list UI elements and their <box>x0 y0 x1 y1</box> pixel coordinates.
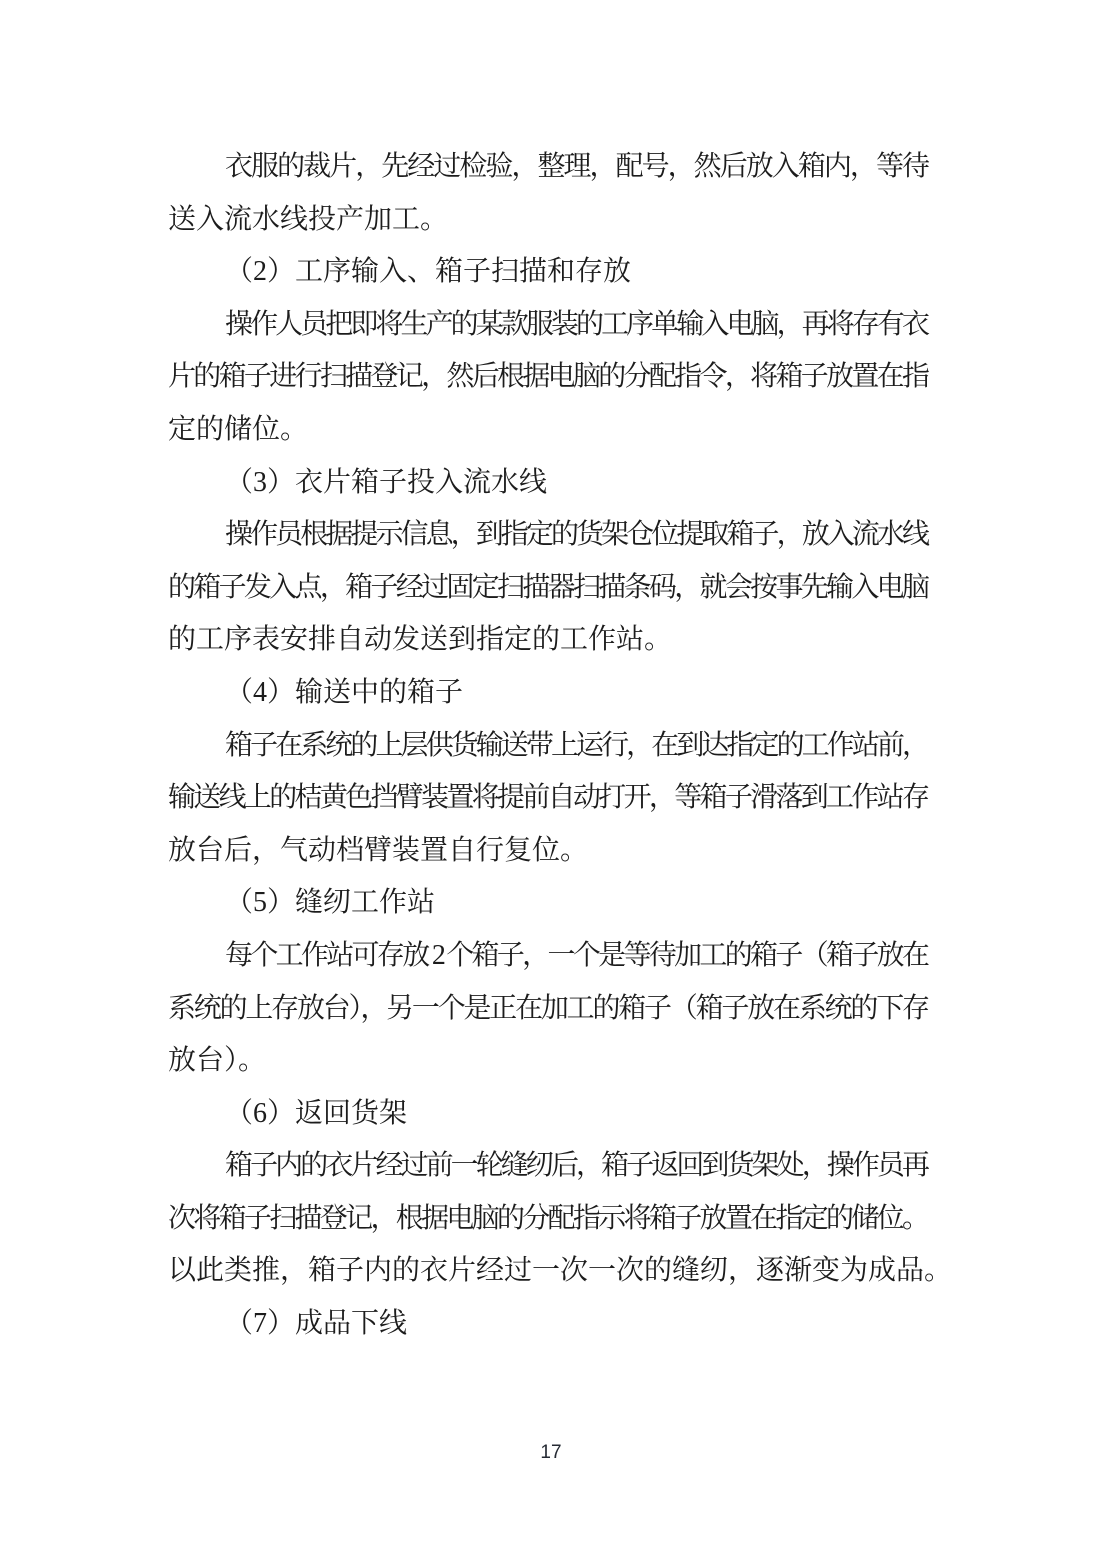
section-heading: （5）缝纫工作站 <box>168 877 926 930</box>
text-column: 衣服的裁片，先经过检验，整理，配号，然后放入箱内，等待 送入流水线投产加工。 （… <box>168 141 926 1351</box>
paragraph-line: 片的箱子进行扫描登记，然后根据电脑的分配指令，将箱子放置在指 <box>168 351 926 404</box>
paragraph-line: 操作员根据提示信息，到指定的货架仓位提取箱子，放入流水线 <box>168 509 926 562</box>
section-heading: （7）成品下线 <box>168 1298 926 1351</box>
section-heading: （2）工序输入、箱子扫描和存放 <box>168 246 926 299</box>
section-heading: （3）衣片箱子投入流水线 <box>168 457 926 510</box>
page-number: 17 <box>0 1441 1102 1465</box>
paragraph-line: 箱子内的衣片经过前一轮缝纫后，箱子返回到货架处，操作员再 <box>168 1140 926 1193</box>
paragraph-line: 系统的上存放台），另一个是正在加工的箱子（箱子放在系统的下存 <box>168 983 926 1036</box>
paragraph-line: 定的储位。 <box>168 404 926 457</box>
paragraph-line: 次将箱子扫描登记，根据电脑的分配指示将箱子放置在指定的储位。 <box>168 1193 926 1246</box>
paragraph-line: 每个工作站可存放 2 个箱子，一个是等待加工的箱子（箱子放在 <box>168 930 926 983</box>
paragraph-line: 送入流水线投产加工。 <box>168 194 926 247</box>
paragraph-line: 操作人员把即将生产的某款服装的工序单输入电脑，再将存有衣 <box>168 299 926 352</box>
section-heading: （6）返回货架 <box>168 1088 926 1141</box>
section-heading: （4）输送中的箱子 <box>168 667 926 720</box>
paragraph-line: 放台）。 <box>168 1035 926 1088</box>
paragraph-line: 以此类推，箱子内的衣片经过一次一次的缝纫，逐渐变为成品。 <box>168 1245 926 1298</box>
paragraph-line: 的工序表安排自动发送到指定的工作站。 <box>168 614 926 667</box>
paragraph-line: 输送线上的桔黄色挡臂装置将提前自动打开，等箱子滑落到工作站存 <box>168 772 926 825</box>
paragraph-line: 衣服的裁片，先经过检验，整理，配号，然后放入箱内，等待 <box>168 141 926 194</box>
document-page: 衣服的裁片，先经过检验，整理，配号，然后放入箱内，等待 送入流水线投产加工。 （… <box>0 0 1102 1559</box>
paragraph-line: 的箱子发入点，箱子经过固定扫描器扫描条码，就会按事先输入电脑 <box>168 562 926 615</box>
paragraph-line: 放台后，气动档臂装置自行复位。 <box>168 825 926 878</box>
paragraph-line: 箱子在系统的上层供货输送带上运行，在到达指定的工作站前， <box>168 720 926 773</box>
